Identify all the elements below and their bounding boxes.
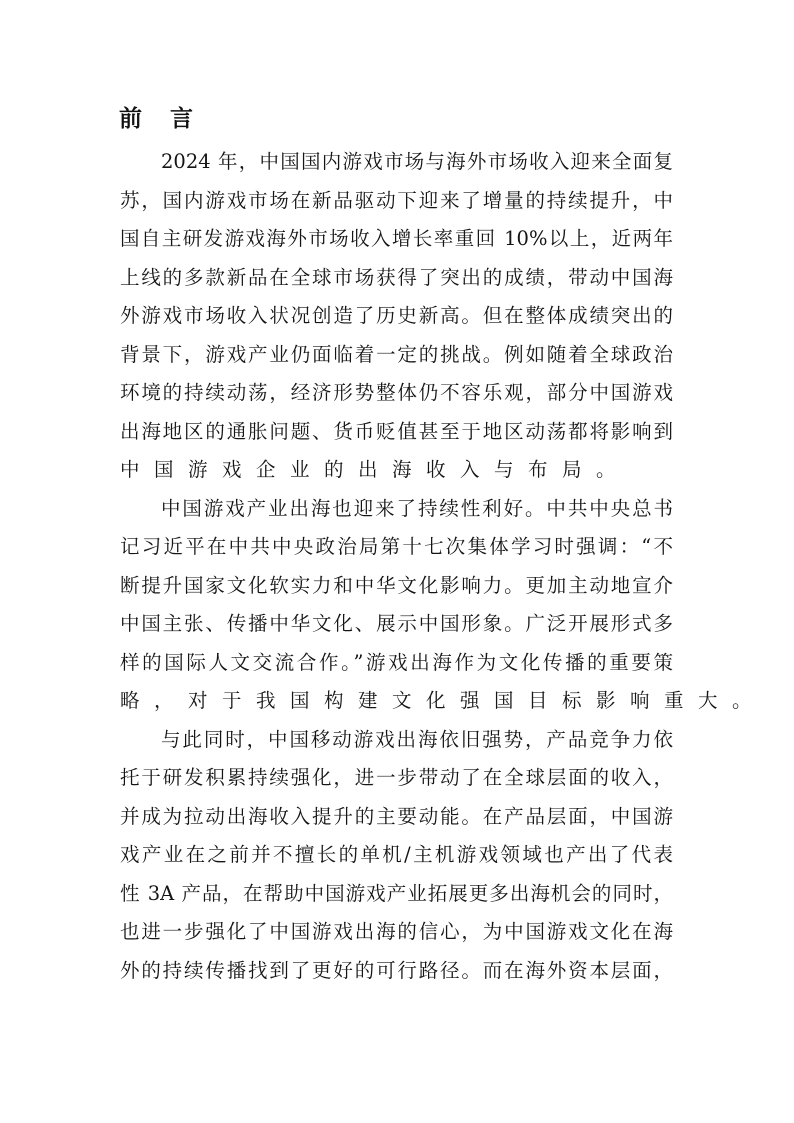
text-line: 样的国际人文交流合作。”游戏出海作为文化传播的重要策 <box>120 644 673 683</box>
paragraph-2: 中国游戏产业出海也迎来了持续性利好。中共中央总书 记习近平在中共中央政治局第十七… <box>120 490 673 721</box>
paragraph-1: 2024 年，中国国内游戏市场与海外市场收入迎来全面复 苏，国内游戏市场在新品驱… <box>120 143 673 490</box>
text-line: 性 3A 产品，在帮助中国游戏产业拓展更多出海机会的同时， <box>120 875 673 914</box>
text-line: 上线的多款新品在全球市场获得了突出的成绩，带动中国海 <box>120 259 673 298</box>
text-line: 中国游戏产业出海也迎来了持续性利好。中共中央总书 <box>120 490 673 529</box>
paragraph-3: 与此同时，中国移动游戏出海依旧强势，产品竞争力依 托于研发积累持续强化，进一步带… <box>120 721 673 991</box>
text-line: 略，对于我国构建文化强国目标影响重大。 <box>120 682 673 721</box>
text-line: 背景下，游戏产业仍面临着一定的挑战。例如随着全球政治 <box>120 336 673 375</box>
body-text: 2024 年，中国国内游戏市场与海外市场收入迎来全面复 苏，国内游戏市场在新品驱… <box>120 143 673 990</box>
text-line: 外的持续传播找到了更好的可行路径。而在海外资本层面， <box>120 952 673 991</box>
text-line: 托于研发积累持续强化，进一步带动了在全球层面的收入， <box>120 759 673 798</box>
text-line: 2024 年，中国国内游戏市场与海外市场收入迎来全面复 <box>120 143 673 182</box>
section-heading-preface: 前 言 <box>119 104 203 134</box>
text-line: 出海地区的通胀问题、货币贬值甚至于地区动荡都将影响到 <box>120 413 673 452</box>
text-line: 苏，国内游戏市场在新品驱动下迎来了增量的持续提升，中 <box>120 182 673 221</box>
text-line: 中国游戏企业的出海收入与布局。 <box>120 451 673 490</box>
text-line: 环境的持续动荡，经济形势整体仍不容乐观，部分中国游戏 <box>120 374 673 413</box>
text-line: 国自主研发游戏海外市场收入增长率重回 10%以上，近两年 <box>120 220 673 259</box>
text-line: 中国主张、传播中华文化、展示中国形象。广泛开展形式多 <box>120 605 673 644</box>
document-page: 前 言 2024 年，中国国内游戏市场与海外市场收入迎来全面复 苏，国内游戏市场… <box>0 0 794 1123</box>
text-line: 也进一步强化了中国游戏出海的信心，为中国游戏文化在海 <box>120 913 673 952</box>
text-line: 外游戏市场收入状况创造了历史新高。但在整体成绩突出的 <box>120 297 673 336</box>
text-line: 记习近平在中共中央政治局第十七次集体学习时强调：“不 <box>120 528 673 567</box>
text-line: 并成为拉动出海收入提升的主要动能。在产品层面，中国游 <box>120 798 673 837</box>
text-line: 与此同时，中国移动游戏出海依旧强势，产品竞争力依 <box>120 721 673 760</box>
text-line: 戏产业在之前并不擅长的单机/主机游戏领域也产出了代表 <box>120 836 673 875</box>
text-line: 断提升国家文化软实力和中华文化影响力。更加主动地宣介 <box>120 567 673 606</box>
